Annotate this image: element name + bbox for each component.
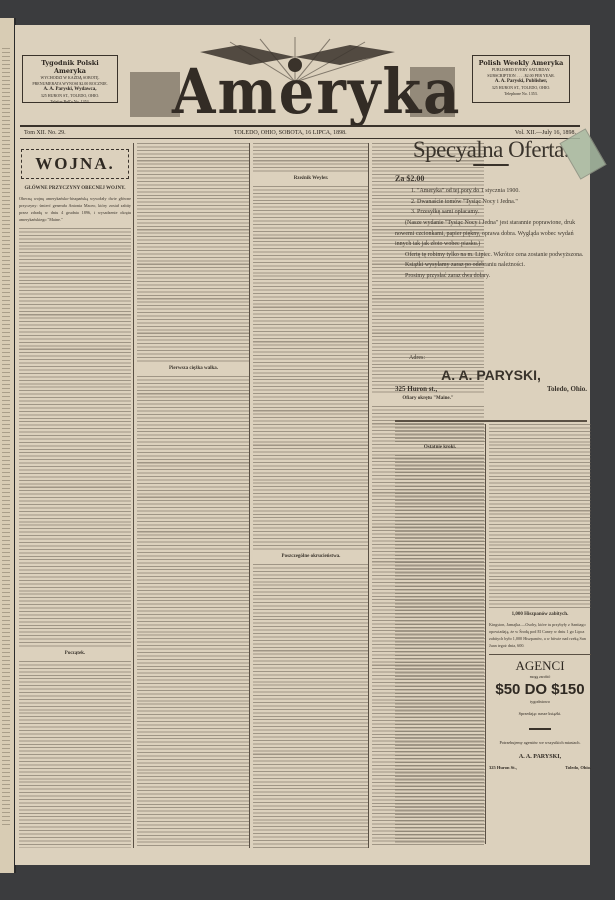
section-rule bbox=[395, 420, 587, 422]
section-heading: 1,000 Hiszpanów zabitych. bbox=[489, 612, 591, 619]
street: 325 Huron st., bbox=[395, 385, 437, 393]
box-phone: Telephone No. 1353. bbox=[477, 91, 565, 97]
article-body bbox=[253, 143, 369, 173]
address-label: Adres: bbox=[395, 355, 587, 361]
agents-line: Sprzedając nasze książki. bbox=[489, 711, 591, 718]
publisher-name: A. A. PARYSKI, bbox=[395, 367, 587, 383]
offer-items: "Ameryka" od tej pory do 1 stycznia 1900… bbox=[395, 186, 587, 218]
section-heading: Rzeźnik Weyler. bbox=[253, 176, 369, 183]
masthead: Tygodnik Polski Ameryka WYCHODZI W KAŻDĄ… bbox=[15, 25, 590, 123]
box-heading: Tygodnik Polski Ameryka bbox=[27, 59, 113, 75]
city: Toledo, Ohio. bbox=[565, 765, 591, 772]
kingston-report: Kingston, Jamajka.—Osoby, które tu przyb… bbox=[489, 622, 591, 650]
agents-amount: $50 DO $150 bbox=[489, 687, 591, 694]
column-6: 1,000 Hiszpanów zabitych. Kingston, Jama… bbox=[485, 424, 591, 844]
article-body bbox=[137, 376, 250, 846]
masthead-title: Ameryka bbox=[172, 56, 461, 129]
masthead-logo: Ameryka bbox=[130, 37, 460, 122]
column-1: WOJNA. GŁÓWNE PRZYCZYNY OBECNEJ WOJNY. O… bbox=[19, 143, 131, 848]
offer-title: Specyalna Oferta. bbox=[395, 145, 587, 156]
offer-item: Dwanaście tomów "Tysiąc Nocy i Jedna." bbox=[417, 197, 587, 208]
agents-note: Potrzebujemy agentów we wszystkich miast… bbox=[489, 740, 591, 747]
section-heading: Ofiary okrętu "Maine." bbox=[372, 396, 484, 403]
street: 325 Huron St., bbox=[489, 765, 517, 772]
agents-publisher: A. A. PARYSKI, bbox=[489, 754, 591, 761]
divider bbox=[529, 728, 551, 730]
article-body bbox=[253, 564, 369, 848]
offer-price: Za $2.00 bbox=[395, 174, 587, 185]
masthead-box-english: Polish Weekly Ameryka PUBLISHED EVERY SA… bbox=[472, 55, 570, 103]
offer-item: "Ameryka" od tej pory do 1 stycznia 1900… bbox=[417, 186, 587, 197]
issue-date: TOLEDO, OHIO, SOBOTA, 16 LIPCA, 1898. bbox=[234, 130, 347, 136]
masthead-box-polish: Tygodnik Polski Ameryka WYCHODZI W KAŻDĄ… bbox=[22, 55, 118, 103]
column-5: Ostatnie kroki. bbox=[395, 424, 485, 844]
volume-number-polish: Tom XII. No. 29. bbox=[24, 130, 66, 136]
agents-line: mogą zarobić bbox=[489, 674, 591, 681]
section-heading: Początek. bbox=[19, 651, 131, 658]
column-2: Pierwsza ciężka walka. bbox=[133, 143, 250, 848]
article-body bbox=[137, 143, 250, 363]
article-body bbox=[489, 424, 591, 609]
box-phone: Telefon Bell'a No. 1353. bbox=[27, 99, 113, 105]
agents-ad: AGENCI mogą zarobić $50 DO $150 tygodnio… bbox=[489, 663, 591, 773]
article-body bbox=[395, 455, 485, 844]
article-lead: Obecną wojnę amerykańsko-hiszpańską wywo… bbox=[19, 196, 131, 224]
special-offer: Specyalna Oferta. Za $2.00 "Ameryka" od … bbox=[395, 143, 587, 333]
offer-paragraph: Prosimy przysłać zaraz dwa dolary. bbox=[395, 271, 587, 282]
agents-line: tygodniowo bbox=[489, 699, 591, 706]
offer-paragraph: Ofertę tę robimy tylko na m. Lipiec. Wkr… bbox=[395, 250, 587, 261]
article-body bbox=[19, 228, 131, 648]
city: Toledo, Ohio. bbox=[547, 385, 587, 393]
offer-item: Przesyłkę sami opłacamy. bbox=[417, 207, 587, 218]
offer-address: Adres: A. A. PARYSKI, 325 Huron st., Tol… bbox=[395, 355, 587, 393]
offer-paragraph: (Nasze wydanie "Tysiąc Nocy i Jedna" jes… bbox=[395, 218, 587, 250]
wojna-banner: WOJNA. bbox=[21, 149, 129, 179]
newspaper-page: Tygodnik Polski Ameryka WYCHODZI W KAŻDĄ… bbox=[15, 25, 590, 865]
section-heading: Ostatnie kroki. bbox=[395, 445, 485, 452]
article-body bbox=[395, 424, 485, 442]
offer-paragraph: Książki wysyłamy zaraz po odebraniu nale… bbox=[395, 260, 587, 271]
article-body bbox=[253, 186, 369, 551]
column-3: Rzeźnik Weyler. Poszczególne okrucieństw… bbox=[249, 143, 369, 848]
ornament-divider bbox=[473, 164, 509, 166]
article-body bbox=[19, 661, 131, 848]
section-heading: Pierwsza ciężka walka. bbox=[137, 366, 250, 373]
divider bbox=[489, 654, 591, 655]
agents-title: AGENCI bbox=[489, 663, 591, 670]
box-heading: Polish Weekly Ameryka bbox=[477, 59, 565, 67]
section-heading: Poszczególne okrucieństwa. bbox=[253, 554, 369, 561]
volume-number-english: Vol. XII.—July 16, 1898. bbox=[515, 130, 576, 136]
previous-page-edge bbox=[0, 18, 16, 873]
article-subhead: GŁÓWNE PRZYCZYNY OBECNEJ WOJNY. bbox=[19, 185, 131, 192]
